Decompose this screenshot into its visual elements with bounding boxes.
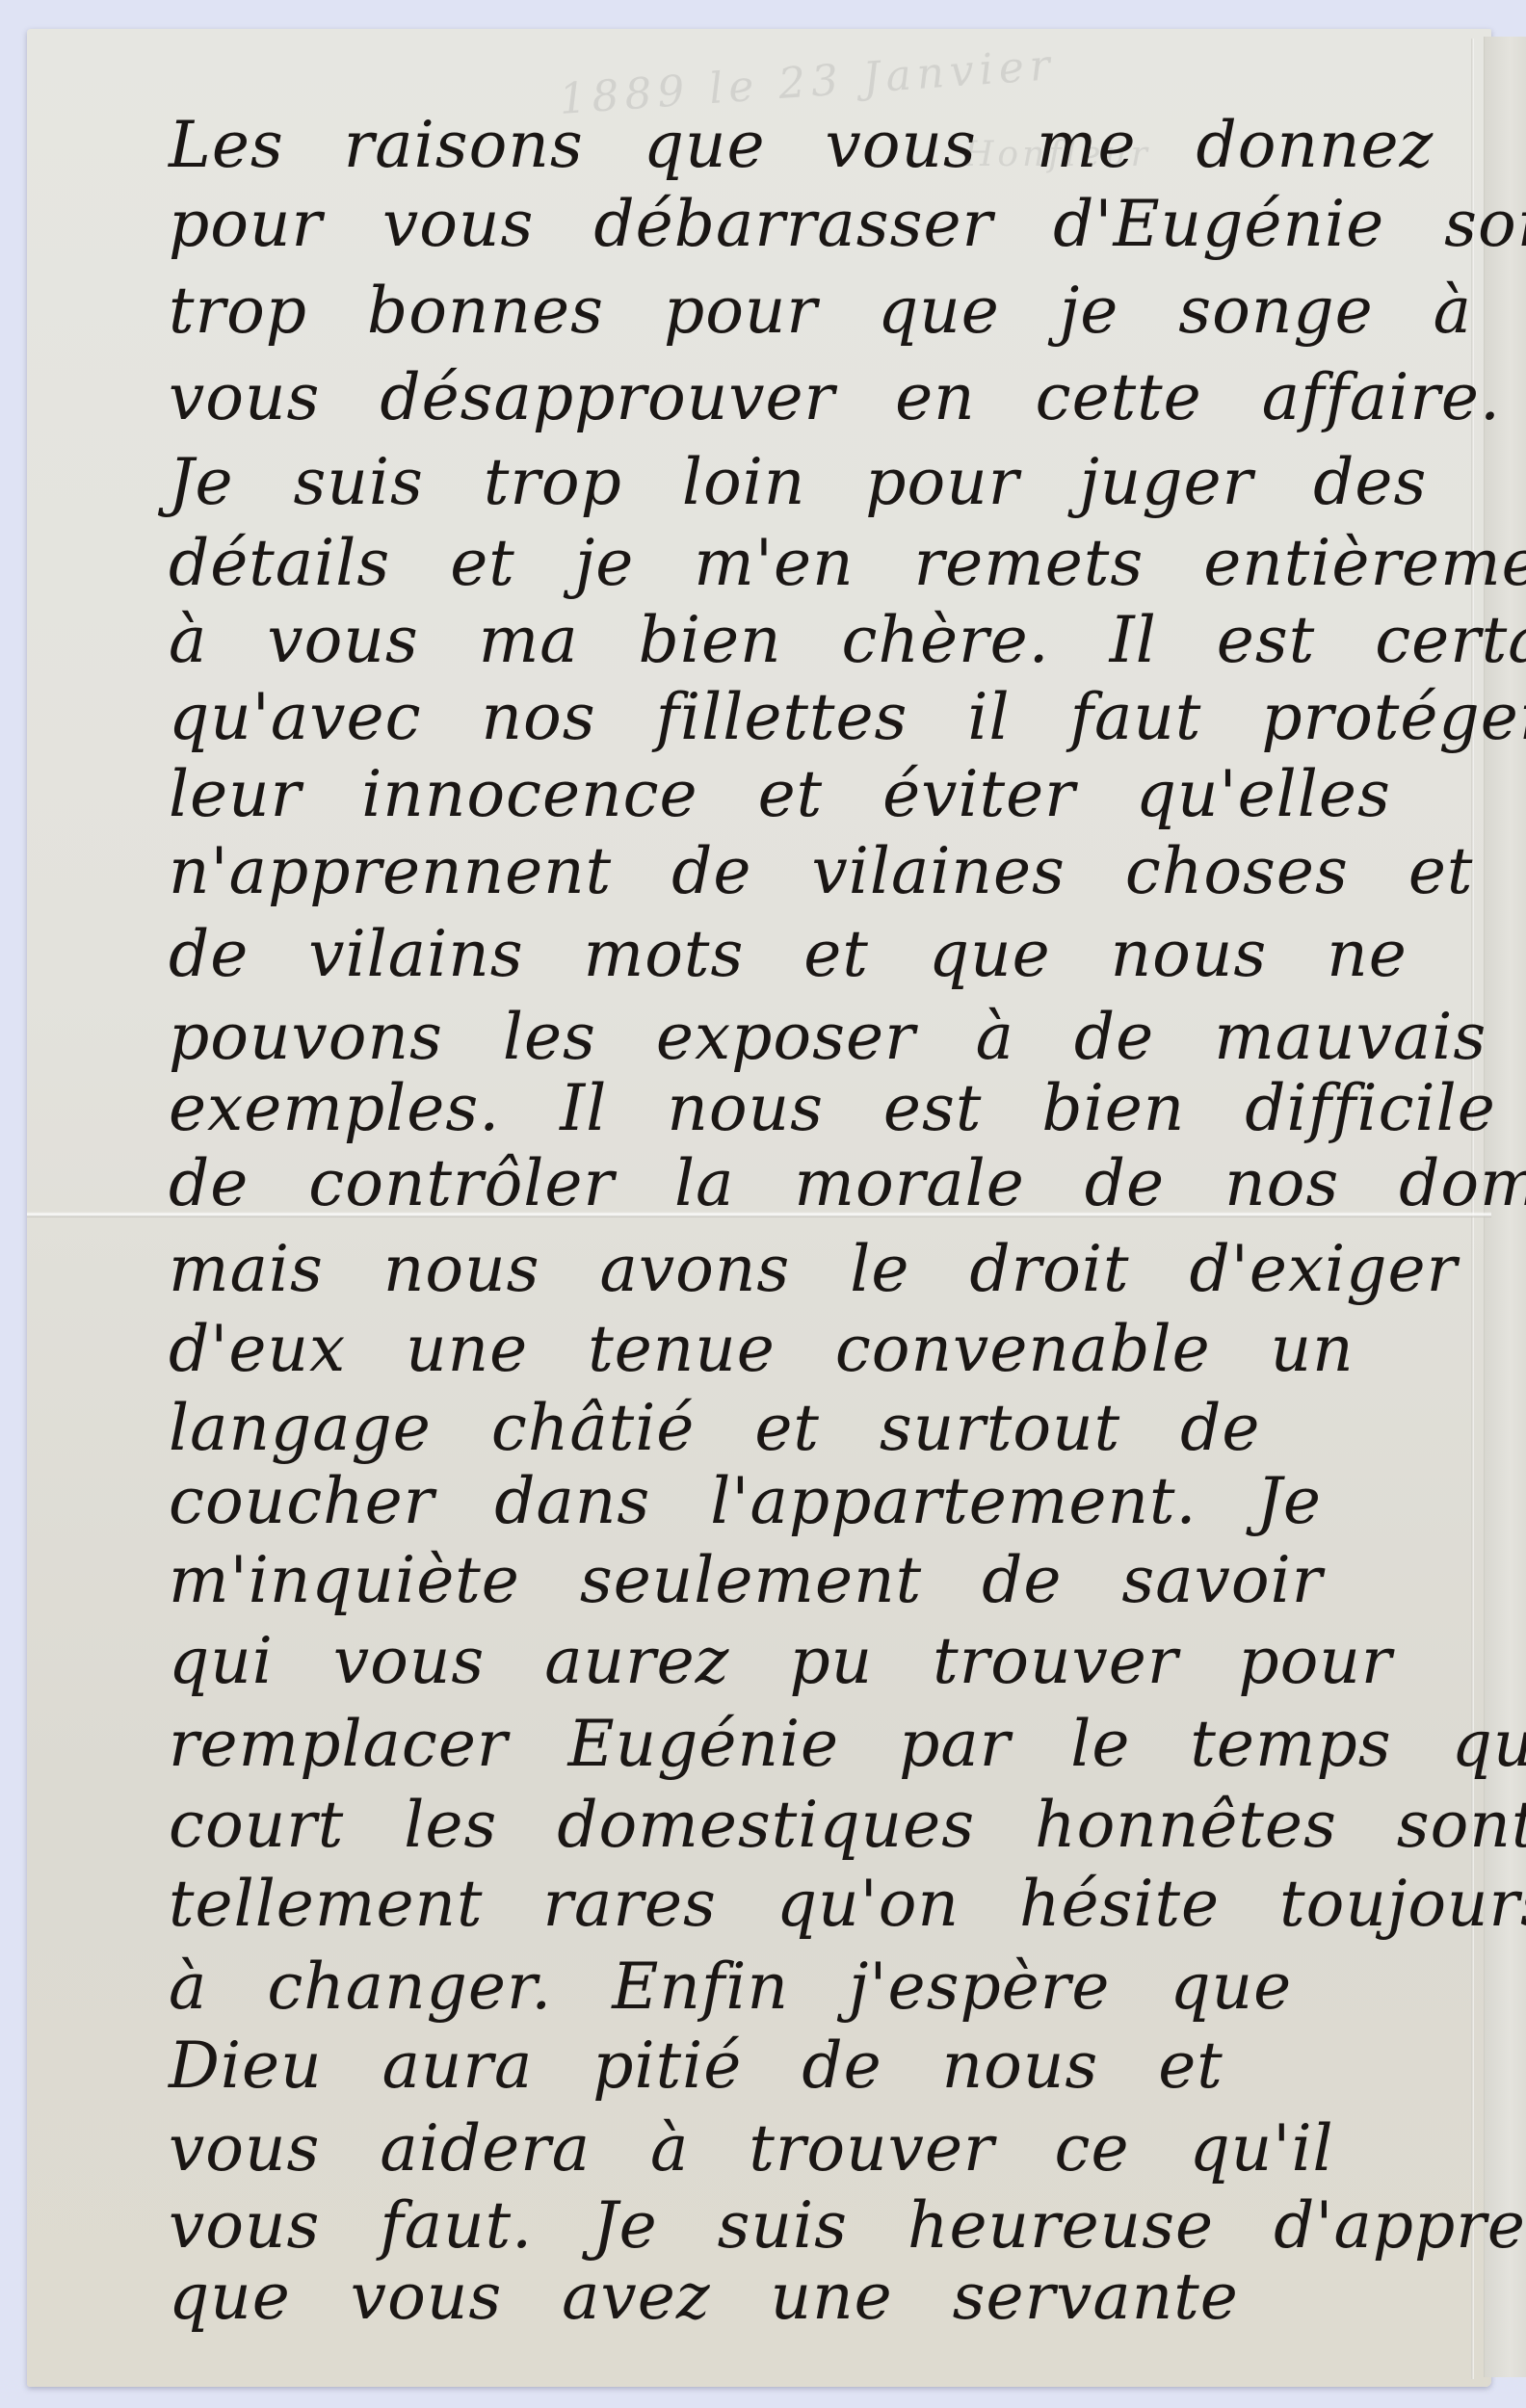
text-line: détails et je m'en remets entièrement bbox=[169, 532, 1469, 595]
text-line: court les domestiques honnêtes sont bbox=[169, 1793, 1469, 1857]
text-line: vous aidera à trouver ce qu'il bbox=[169, 2117, 1469, 2181]
text-line: pour vous débarrasser d'Eugénie sont bbox=[169, 193, 1469, 256]
text-line: trop bonnes pour que je songe à bbox=[169, 279, 1469, 343]
text-line: n'apprennent de vilaines choses et bbox=[169, 840, 1469, 903]
text-line: de contrôler la morale de nos domestique… bbox=[169, 1152, 1469, 1216]
text-line: langage châtié et surtout de bbox=[169, 1397, 1469, 1460]
text-line: mais nous avons le droit d'exiger bbox=[169, 1238, 1469, 1301]
text-line: remplacer Eugénie par le temps qui bbox=[169, 1713, 1469, 1776]
text-line: Dieu aura pitié de nous et bbox=[169, 2034, 1469, 2098]
text-line: qui vous aurez pu trouver pour bbox=[169, 1630, 1469, 1693]
text-line: pouvons les exposer à de mauvais bbox=[169, 1006, 1469, 1069]
text-line: qu'avec nos fillettes il faut protéger bbox=[169, 686, 1469, 749]
text-line: Je suis trop loin pour juger des bbox=[169, 451, 1469, 514]
text-line: coucher dans l'appartement. Je bbox=[169, 1470, 1469, 1533]
text-line: vous désapprouver en cette affaire. bbox=[169, 366, 1469, 430]
text-line: de vilains mots et que nous ne bbox=[169, 923, 1469, 986]
text-line: à vous ma bien chère. Il est certain bbox=[169, 609, 1469, 672]
text-line: que vous avez une servante bbox=[169, 2265, 1469, 2329]
text-line: m'inquiète seulement de savoir bbox=[169, 1549, 1469, 1612]
text-line: d'eux une tenue convenable un bbox=[169, 1318, 1469, 1381]
text-line: tellement rares qu'on hésite toujours bbox=[169, 1872, 1469, 1936]
text-line: vous faut. Je suis heureuse d'apprendre bbox=[169, 2194, 1469, 2258]
text-line: à changer. Enfin j'espère que bbox=[169, 1955, 1469, 2019]
text-line: Les raisons que vous me donnez bbox=[169, 114, 1469, 177]
text-line: leur innocence et éviter qu'elles bbox=[169, 763, 1469, 826]
text-line: exemples. Il nous est bien difficile bbox=[169, 1077, 1469, 1140]
